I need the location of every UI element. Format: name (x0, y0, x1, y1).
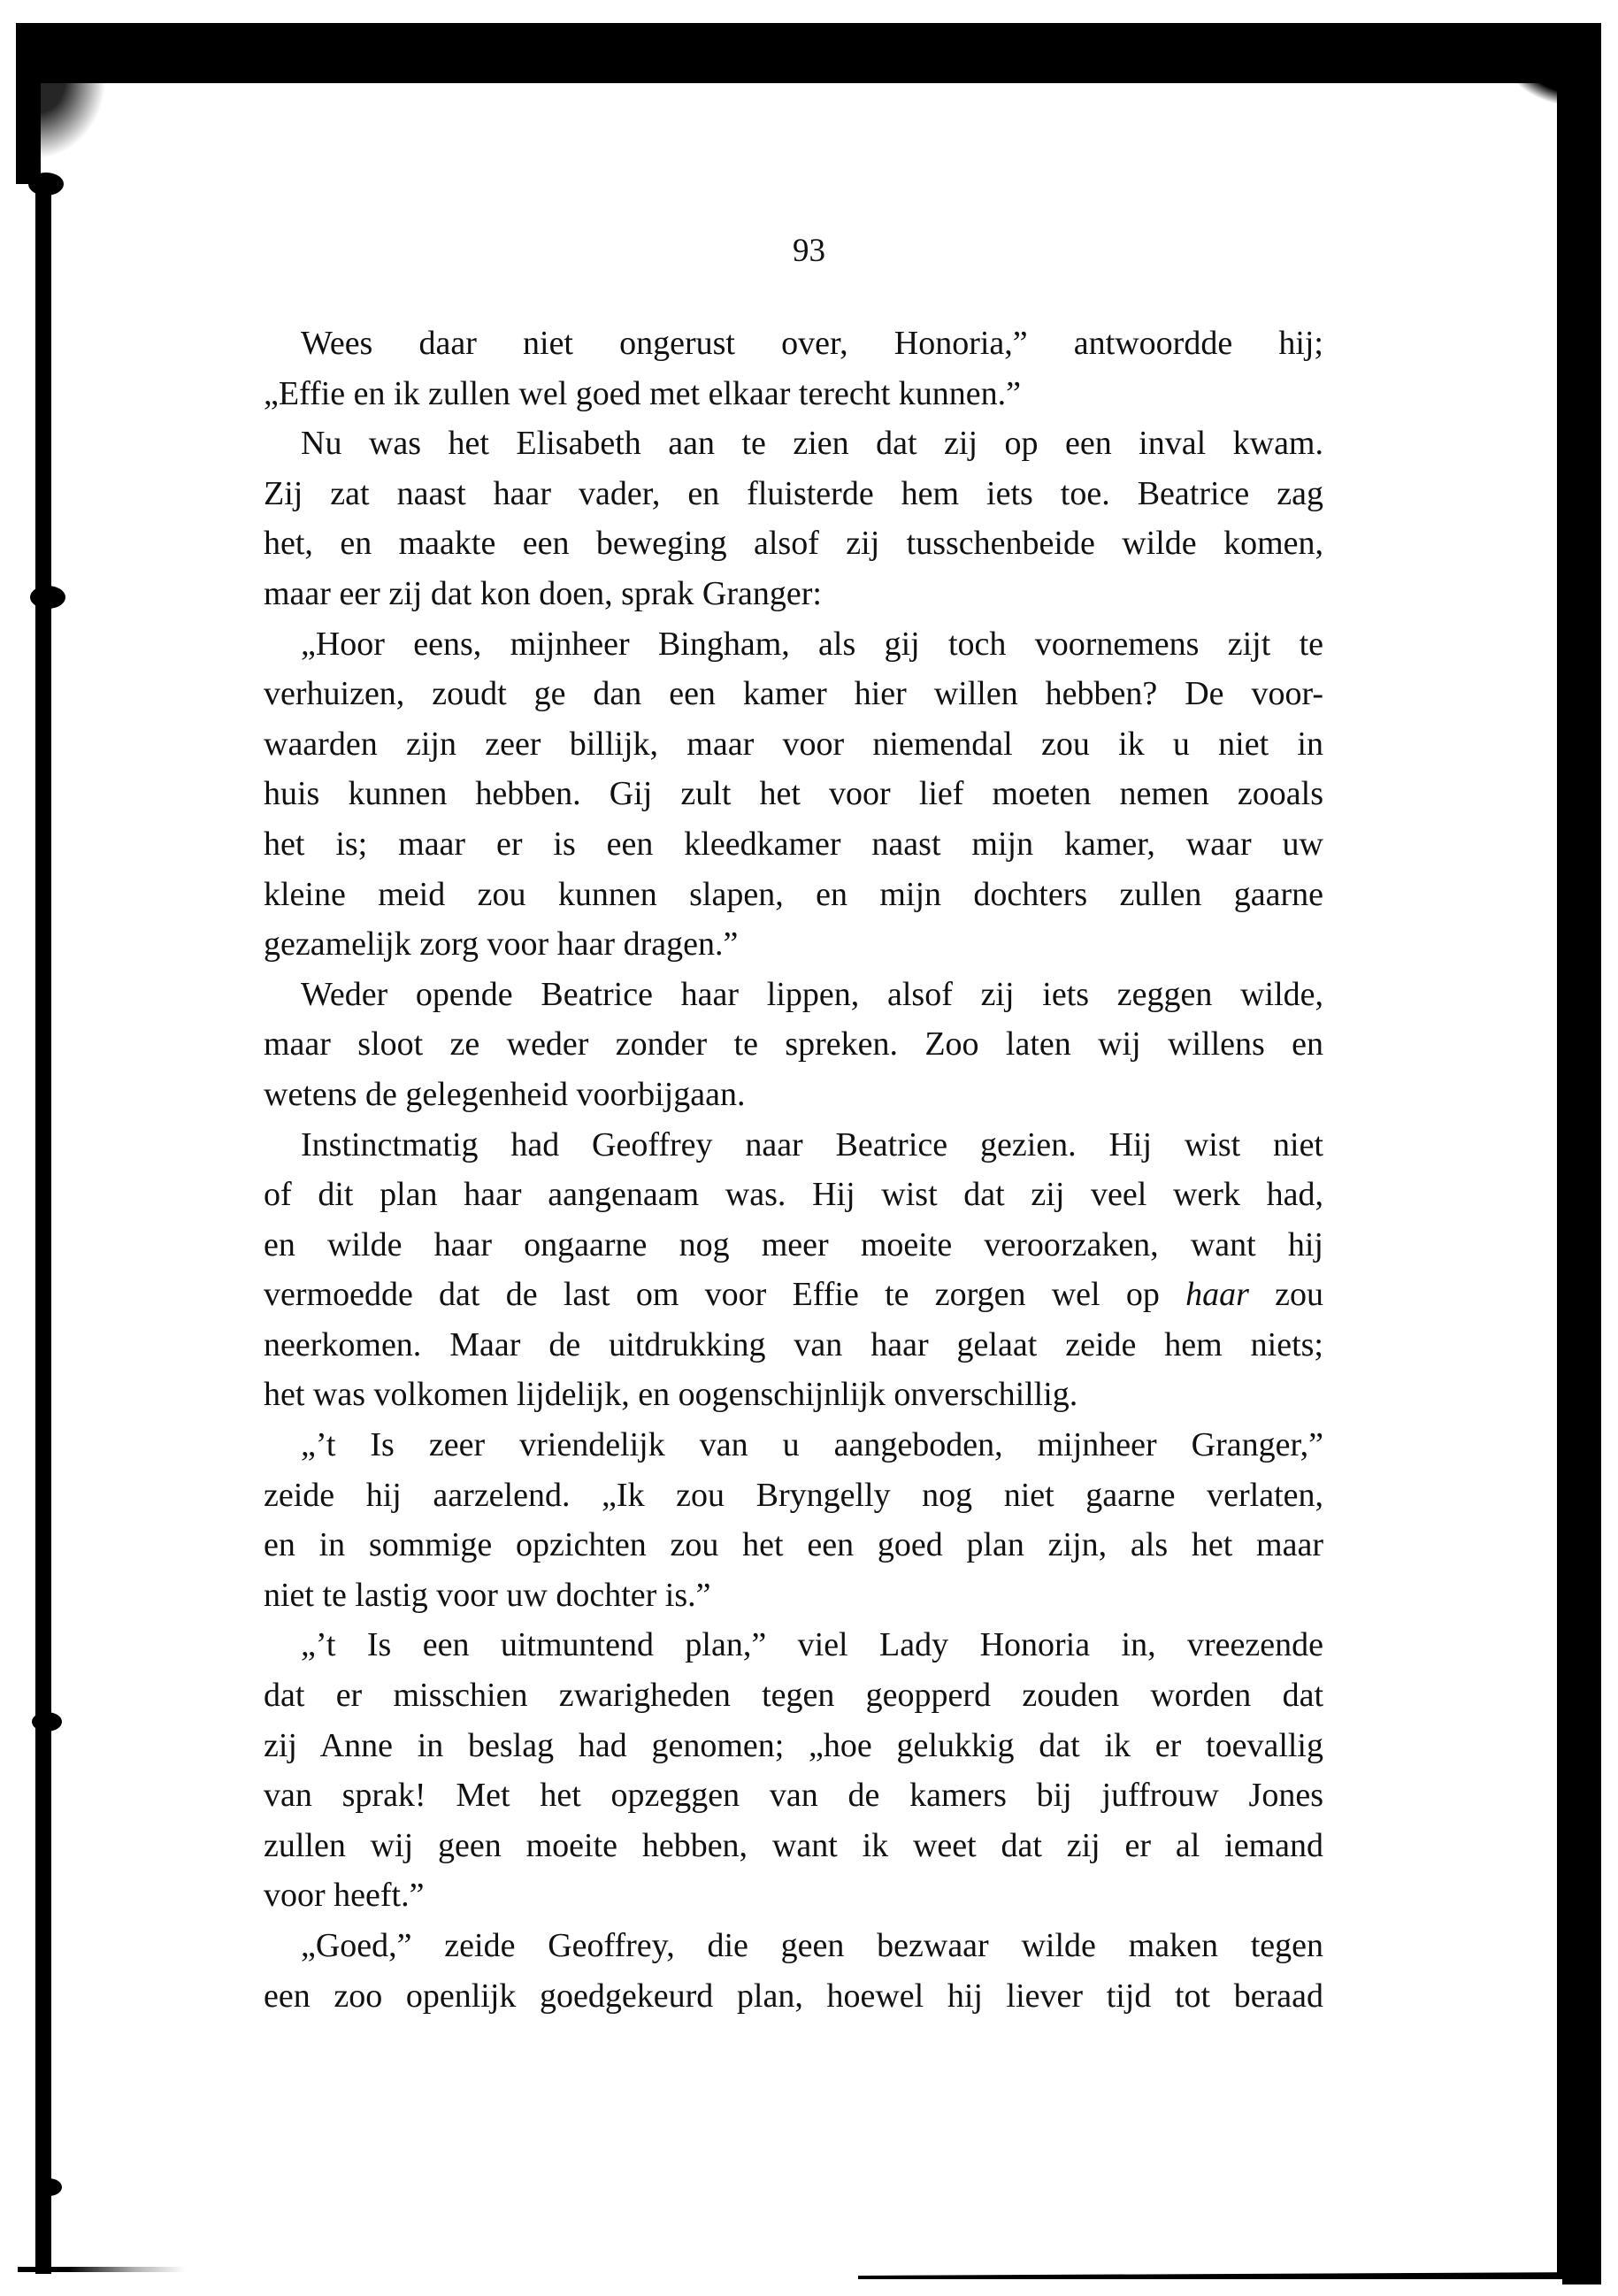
scan-border-right (1562, 23, 1601, 2284)
spine-base-smudge (18, 2267, 186, 2272)
text-line: het, en maakte een beweging alsof zij tu… (264, 518, 1323, 569)
spine-binding-mark (35, 2178, 62, 2196)
text-line: het is; maar er is een kleedkamer naast … (264, 819, 1323, 870)
text-line: maar sloot ze weder zonder te spreken. Z… (264, 1019, 1323, 1070)
text-line: voor heeft.” (264, 1870, 1323, 1921)
text-line: Nu was het Elisabeth aan te zien dat zij… (264, 419, 1323, 469)
text-line: wetens de gelegenheid voorbijgaan. (264, 1070, 1323, 1120)
book-spine-shadow (35, 177, 51, 2274)
text-line: „Goed,” zeide Geoffrey, die geen bezwaar… (264, 1921, 1323, 1971)
text-line: „Hoor eens, mijnheer Bingham, als gij to… (264, 619, 1323, 670)
text-line: kleine meid zou kunnen slapen, en mijn d… (264, 870, 1323, 920)
spine-binding-mark (28, 173, 64, 196)
scan-border-corner-top-left (35, 80, 106, 159)
text-line: het was volkomen lijdelijk, en oogenschi… (264, 1370, 1323, 1420)
text-line: huis kunnen hebben. Gij zult het voor li… (264, 769, 1323, 819)
text-line: vermoedde dat de last om voor Effie te z… (264, 1270, 1323, 1320)
text-line: neerkomen. Maar de uitdrukking van haar … (264, 1320, 1323, 1371)
body-text: Wees daar niet ongerust over, Honoria,” … (264, 319, 1323, 2021)
text-line: zullen wij geen moeite hebben, want ik w… (264, 1821, 1323, 1871)
scan-border-right-edge (1557, 88, 1564, 2274)
text-line: dat er misschien zwarigheden tegen geopp… (264, 1670, 1323, 1721)
spine-binding-mark (32, 1712, 62, 1732)
text-run: vermoedde dat de last om voor Effie te z… (264, 1276, 1185, 1313)
text-line: Weder opende Beatrice haar lippen, alsof… (264, 970, 1323, 1020)
page-number: 93 (0, 232, 1618, 270)
text-line: van sprak! Met het opzeggen van de kamer… (264, 1770, 1323, 1821)
italic-emphasis: haar (1185, 1276, 1249, 1313)
text-line: waarden zijn zeer billijk, maar voor nie… (264, 719, 1323, 770)
scan-border-bottom (858, 2272, 1598, 2279)
text-run: zou (1249, 1276, 1323, 1313)
text-line: zij Anne in beslag had genomen; „hoe gel… (264, 1721, 1323, 1771)
text-line: „’t Is zeer vriendelijk van u aangeboden… (264, 1420, 1323, 1471)
text-line: Zij zat naast haar vader, en fluisterde … (264, 469, 1323, 519)
text-line: zeide hij aarzelend. „Ik zou Bryngelly n… (264, 1471, 1323, 1521)
text-line: verhuizen, zoudt ge dan een kamer hier w… (264, 669, 1323, 719)
text-line: Wees daar niet ongerust over, Honoria,” … (264, 319, 1323, 369)
text-line: Instinctmatig had Geoffrey naar Beatrice… (264, 1120, 1323, 1171)
spine-binding-mark (30, 586, 65, 609)
scanned-page: 93 Wees daar niet ongerust over, Honoria… (0, 0, 1618, 2296)
text-line: maar eer zij dat kon doen, sprak Granger… (264, 569, 1323, 619)
text-line: „’t Is een uitmuntend plan,” viel Lady H… (264, 1620, 1323, 1670)
text-line: „Effie en ik zullen wel goed met elkaar … (264, 369, 1323, 419)
scan-border-top (16, 23, 1601, 83)
text-line: of dit plan haar aangenaam was. Hij wist… (264, 1170, 1323, 1220)
text-line: en in sommige opzichten zou het een goed… (264, 1520, 1323, 1570)
text-line: gezamelijk zorg voor haar dragen.” (264, 919, 1323, 970)
text-line: en wilde haar ongaarne nog meer moeite v… (264, 1220, 1323, 1271)
text-line: een zoo openlijk goedgekeurd plan, hoewe… (264, 1971, 1323, 2022)
text-line: niet te lastig voor uw dochter is.” (264, 1570, 1323, 1621)
